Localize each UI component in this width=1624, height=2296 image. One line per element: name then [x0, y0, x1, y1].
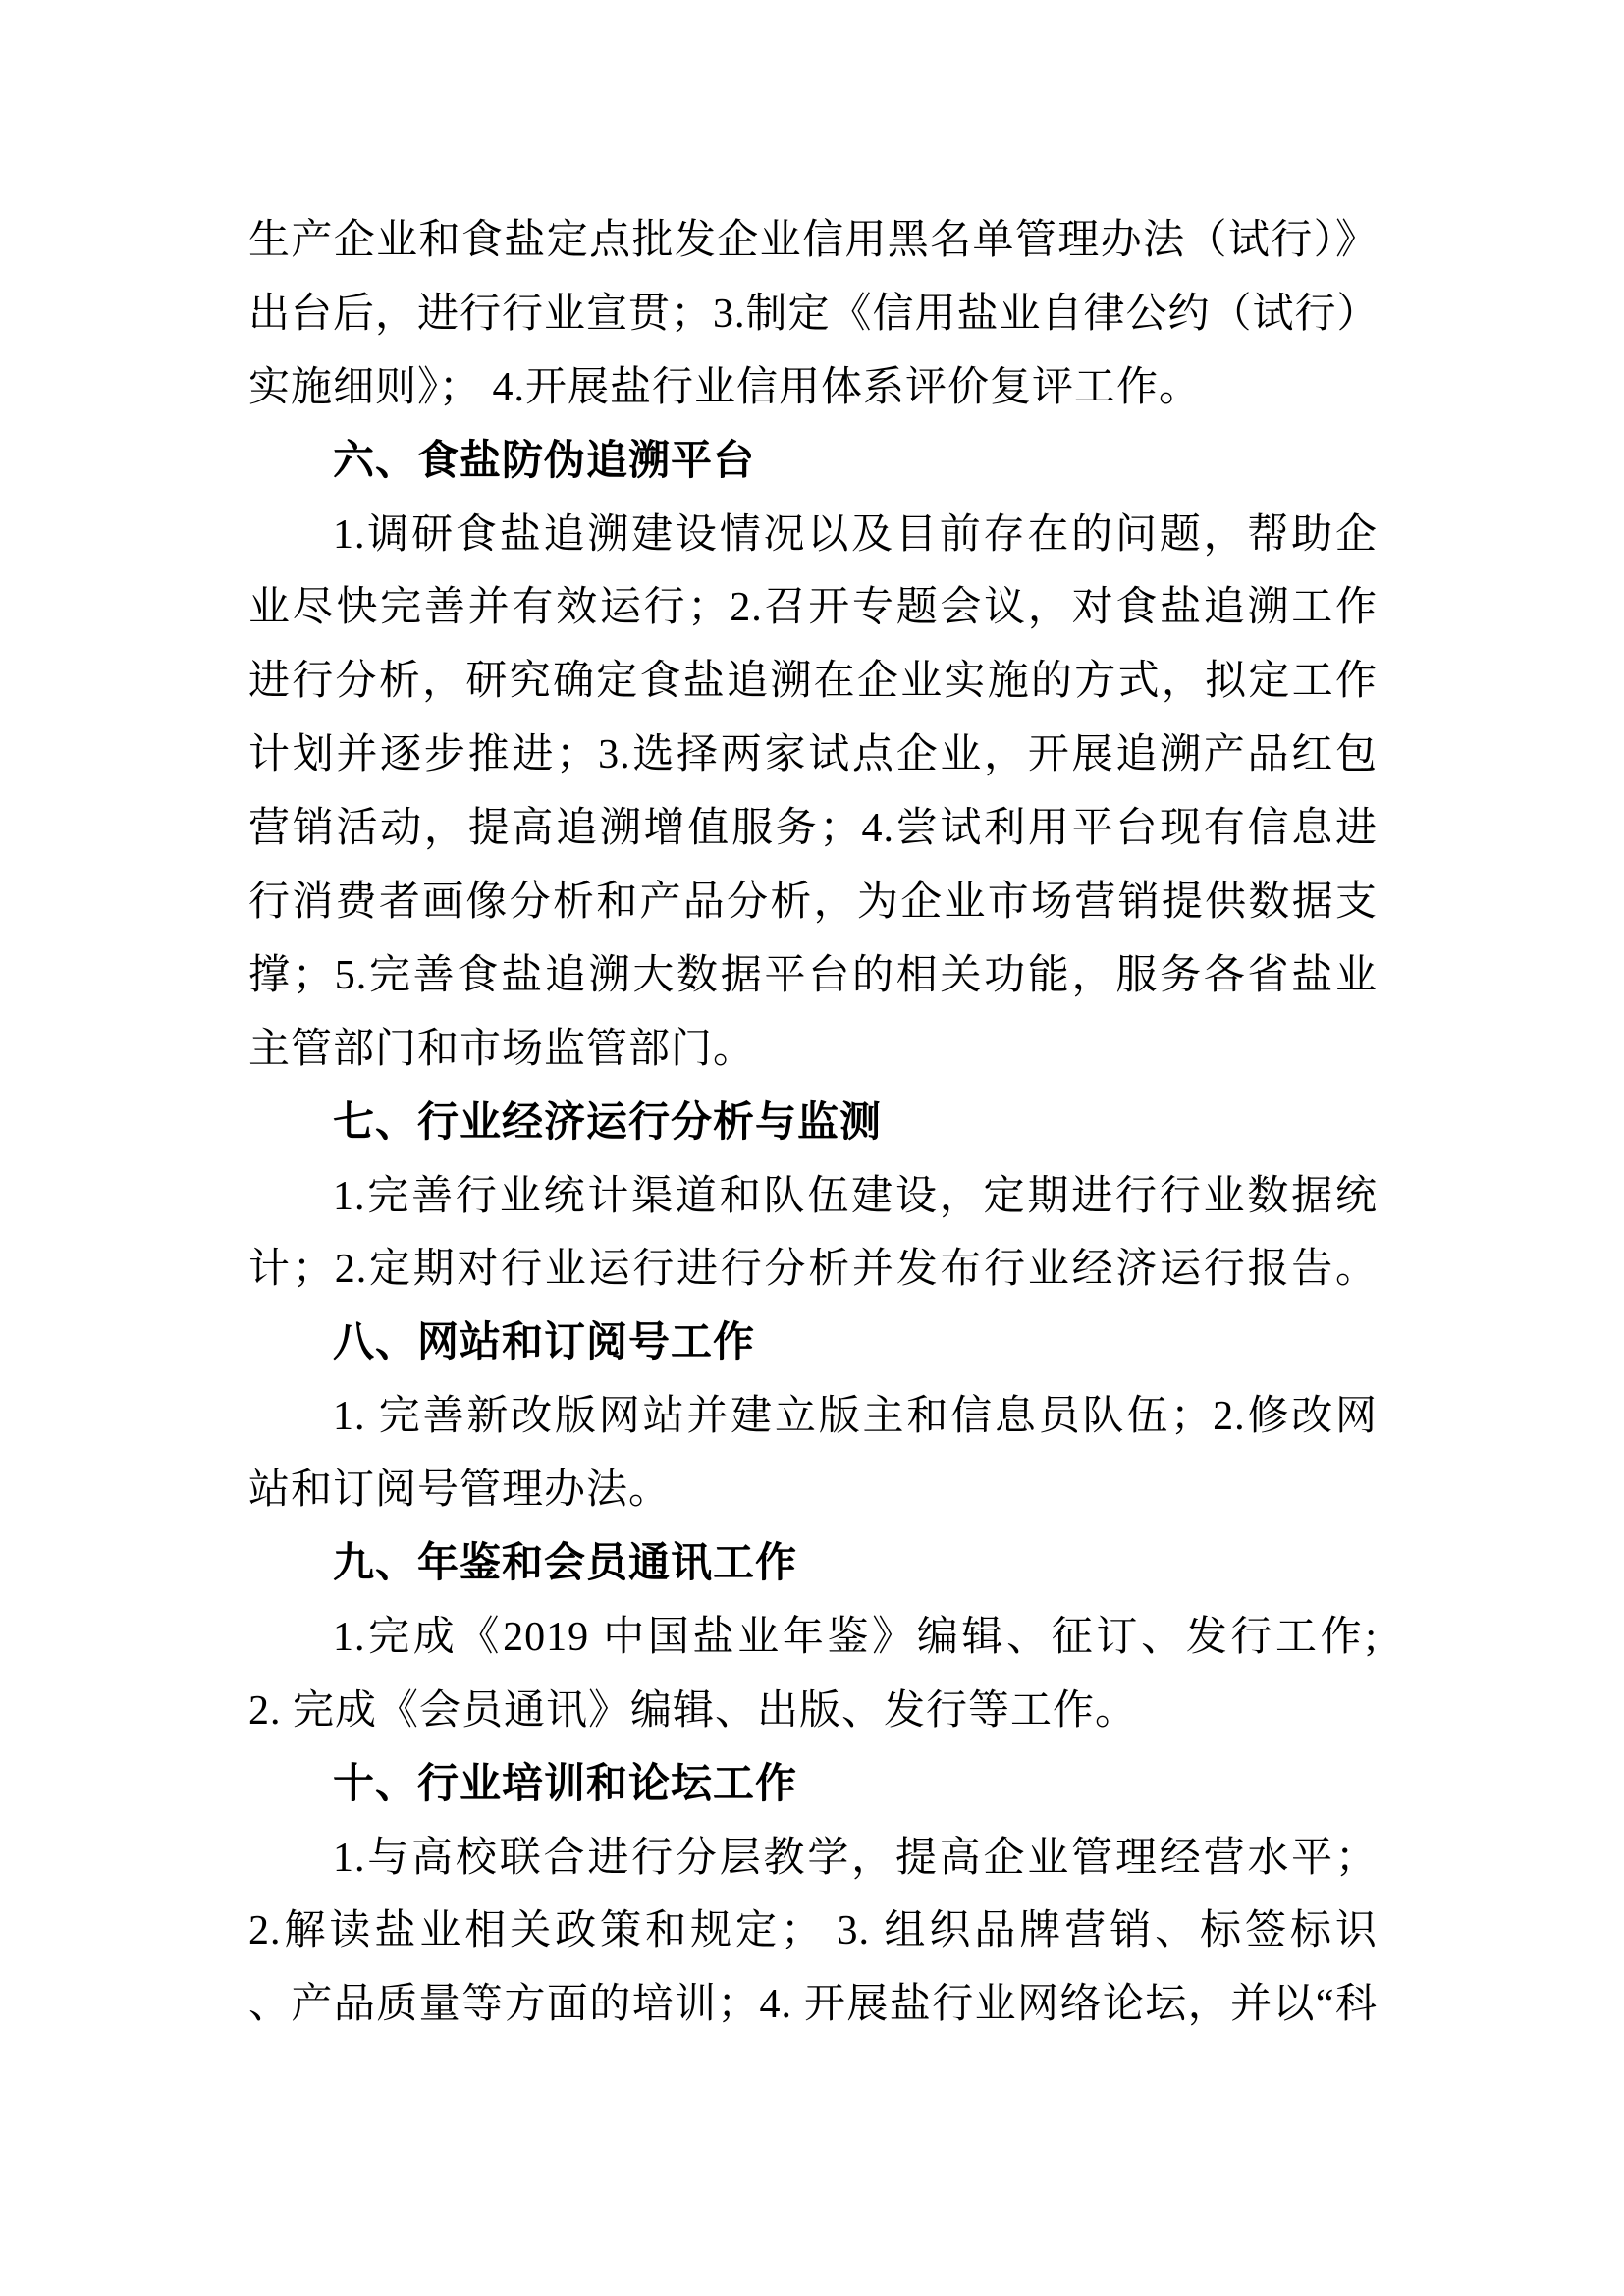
document-line: 行消费者画像分析和产品分析，为企业市场营销提供数据支 [248, 866, 1378, 939]
document-line: 1. 完善新改版网站并建立版主和信息员队伍；2.修改网 [248, 1380, 1378, 1454]
section-heading-six: 六、食盐防伪追溯平台 [248, 425, 1378, 499]
document-line: 进行分析，研究确定食盐追溯在企业实施的方式，拟定工作 [248, 645, 1378, 719]
document-page: 生产企业和食盐定点批发企业信用黑名单管理办法（试行）》 出台后，进行行业宣贯；3… [0, 0, 1624, 2296]
document-line: 营销活动，提高追溯增值服务；4.尝试利用平台现有信息进 [248, 792, 1378, 866]
document-line: 实施细则》； 4.开展盐行业信用体系评价复评工作。 [248, 351, 1378, 425]
document-line: 业尽快完善并有效运行；2.召开专题会议，对食盐追溯工作 [248, 571, 1378, 645]
document-line: 1.完善行业统计渠道和队伍建设，定期进行行业数据统 [248, 1160, 1378, 1234]
document-line: 站和订阅号管理办法。 [248, 1454, 1378, 1527]
document-line: 、产品质量等方面的培训；4. 开展盐行业网络论坛，并以“科 [248, 1968, 1378, 2042]
document-text-block: 生产企业和食盐定点批发企业信用黑名单管理办法（试行）》 出台后，进行行业宣贯；3… [248, 204, 1378, 2042]
document-line: 1.完成《2019 中国盐业年鉴》编辑、征订、发行工作; [248, 1601, 1378, 1675]
document-line: 2. 完成《会员通讯》编辑、出版、发行等工作。 [248, 1675, 1378, 1748]
document-line: 计划并逐步推进；3.选择两家试点企业，开展追溯产品红包 [248, 719, 1378, 792]
section-heading-eight: 八、网站和订阅号工作 [248, 1307, 1378, 1380]
document-line: 1.与高校联合进行分层教学，提高企业管理经营水平； [248, 1822, 1378, 1896]
document-line: 1.调研食盐追溯建设情况以及目前存在的问题，帮助企 [248, 499, 1378, 572]
document-line: 出台后，进行行业宣贯；3.制定《信用盐业自律公约（试行） [248, 278, 1378, 351]
document-line: 计；2.定期对行业运行进行分析并发布行业经济运行报告。 [248, 1233, 1378, 1307]
document-line: 撑；5.完善食盐追溯大数据平台的相关功能，服务各省盐业 [248, 939, 1378, 1013]
section-heading-ten: 十、行业培训和论坛工作 [248, 1748, 1378, 1822]
document-line: 生产企业和食盐定点批发企业信用黑名单管理办法（试行）》 [248, 204, 1378, 278]
document-line: 2.解读盐业相关政策和规定； 3. 组织品牌营销、标签标识 [248, 1895, 1378, 1968]
section-heading-nine: 九、年鉴和会员通讯工作 [248, 1527, 1378, 1601]
document-line: 主管部门和市场监管部门。 [248, 1013, 1378, 1087]
section-heading-seven: 七、行业经济运行分析与监测 [248, 1087, 1378, 1160]
